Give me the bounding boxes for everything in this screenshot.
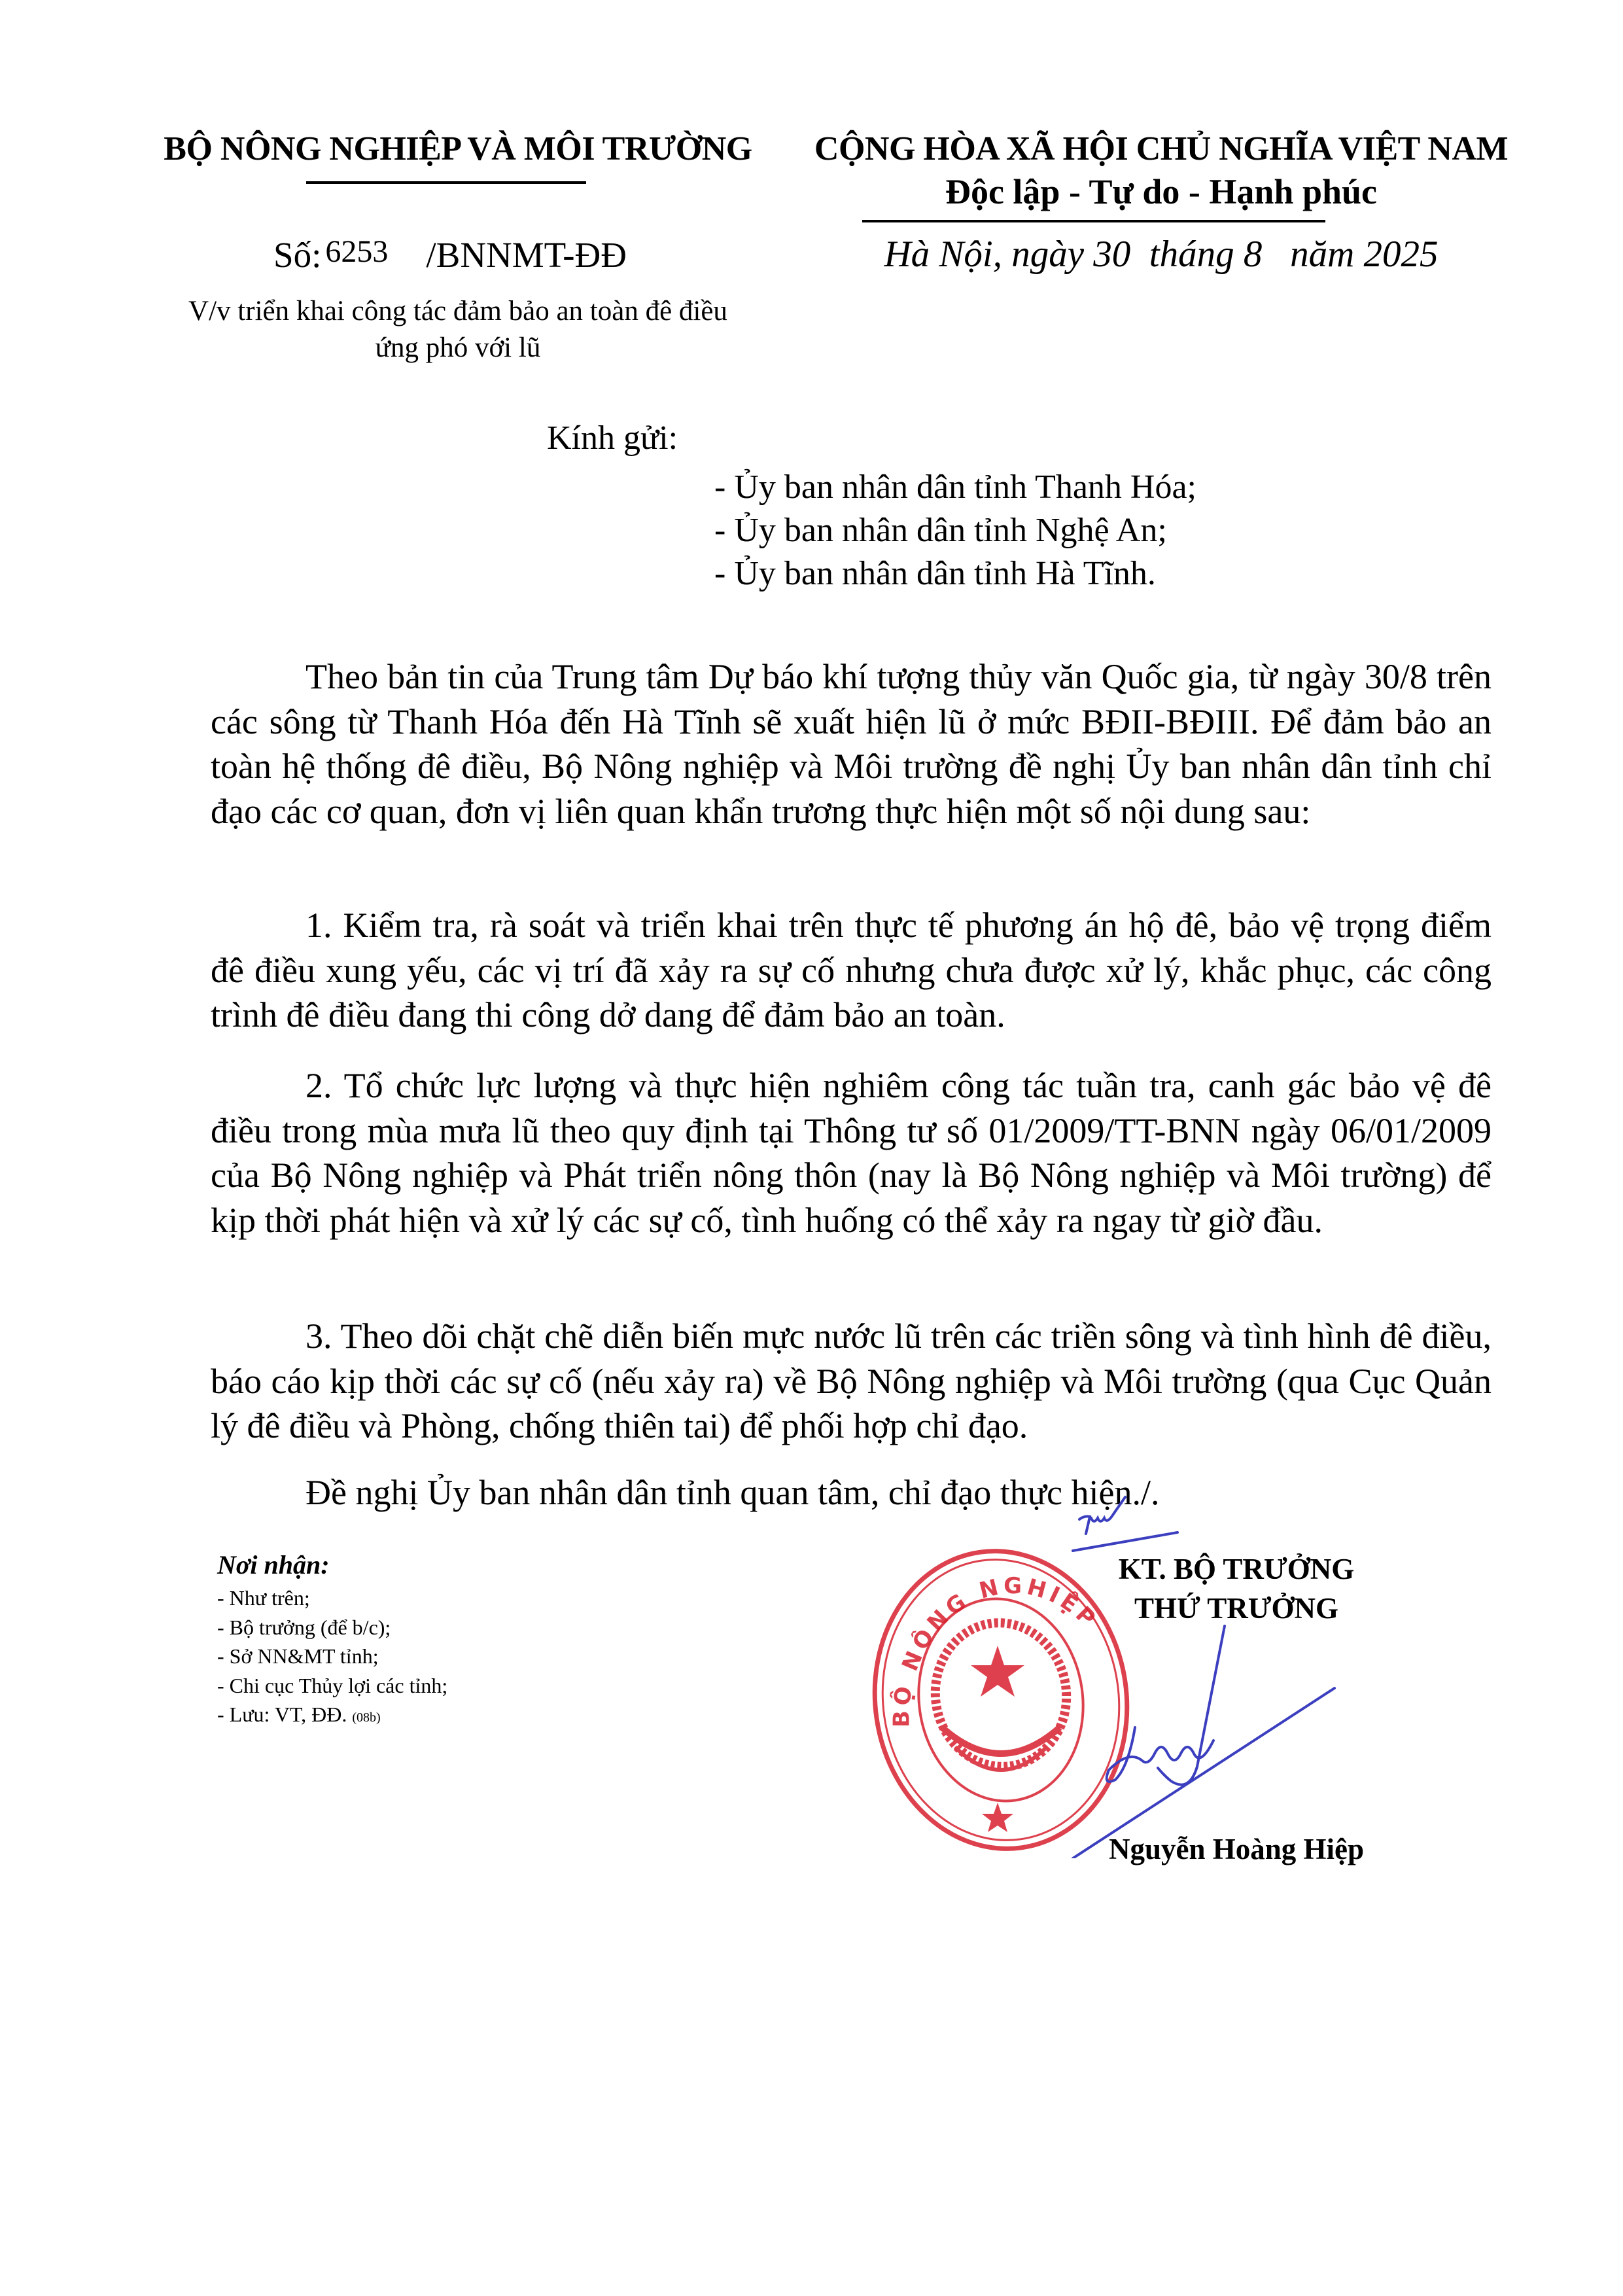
body-item-1: 1. Kiểm tra, rà soát và triển khai trên … bbox=[211, 903, 1492, 1038]
document-subject: V/v triển khai công tác đảm bảo an toàn … bbox=[131, 293, 785, 366]
addressee-item: - Ủy ban nhân dân tỉnh Thanh Hóa; bbox=[714, 466, 1196, 509]
ministry-underline bbox=[306, 181, 586, 184]
recipients-list: - Như trên; - Bộ trưởng (để b/c); - Sở N… bbox=[217, 1583, 447, 1733]
handwritten-signature-icon bbox=[981, 1492, 1387, 1858]
body-item-3: 3. Theo dõi chặt chẽ diễn biến mực nước … bbox=[211, 1314, 1492, 1449]
motto-underline bbox=[862, 220, 1325, 222]
place-and-date: Hà Nội, ngày 30 tháng 8 năm 2025 bbox=[811, 233, 1511, 275]
recipient-item: - Chi cục Thủy lợi các tỉnh; bbox=[217, 1671, 447, 1701]
national-motto: Độc lập - Tự do - Hạnh phúc bbox=[811, 171, 1511, 212]
recipient-item: - Lưu: VT, ĐĐ. (08b) bbox=[217, 1700, 447, 1733]
signer-name: Nguyễn Hoàng Hiệp bbox=[1040, 1832, 1433, 1866]
recipient-item: - Sở NN&MT tỉnh; bbox=[217, 1642, 447, 1671]
recipient-item: - Như trên; bbox=[217, 1583, 447, 1613]
national-title: CỘNG HÒA XÃ HỘI CHỦ NGHĨA VIỆT NAM bbox=[811, 130, 1511, 168]
document-number: Số:6253/BNNMT-ĐĐ bbox=[273, 234, 627, 275]
addressee-item: - Ủy ban nhân dân tỉnh Hà Tĩnh. bbox=[714, 552, 1196, 595]
document-number-label: Số: bbox=[273, 235, 321, 275]
recipient-item: - Bộ trưởng (để b/c); bbox=[217, 1613, 447, 1642]
subject-line-2: ứng phó với lũ bbox=[131, 330, 785, 366]
recipients-title: Nơi nhận: bbox=[217, 1549, 330, 1580]
body-intro-paragraph: Theo bản tin của Trung tâm Dự báo khí tư… bbox=[211, 654, 1492, 834]
issuing-ministry: BỘ NÔNG NGHIỆP VÀ MÔI TRƯỜNG bbox=[137, 130, 778, 168]
addressee-list: - Ủy ban nhân dân tỉnh Thanh Hóa; - Ủy b… bbox=[714, 466, 1196, 595]
subject-line-1: V/v triển khai công tác đảm bảo an toàn … bbox=[131, 293, 785, 330]
copies-note: (08b) bbox=[352, 1710, 380, 1725]
document-number-value: 6253 bbox=[325, 234, 388, 269]
addressee-item: - Ủy ban nhân dân tỉnh Nghệ An; bbox=[714, 509, 1196, 552]
greeting: Kính gửi: bbox=[547, 419, 678, 457]
recipient-archive: - Lưu: VT, ĐĐ. bbox=[217, 1703, 347, 1726]
document-number-suffix: /BNNMT-ĐĐ bbox=[426, 235, 627, 275]
body-item-2: 2. Tổ chức lực lượng và thực hiện nghiêm… bbox=[211, 1063, 1492, 1243]
